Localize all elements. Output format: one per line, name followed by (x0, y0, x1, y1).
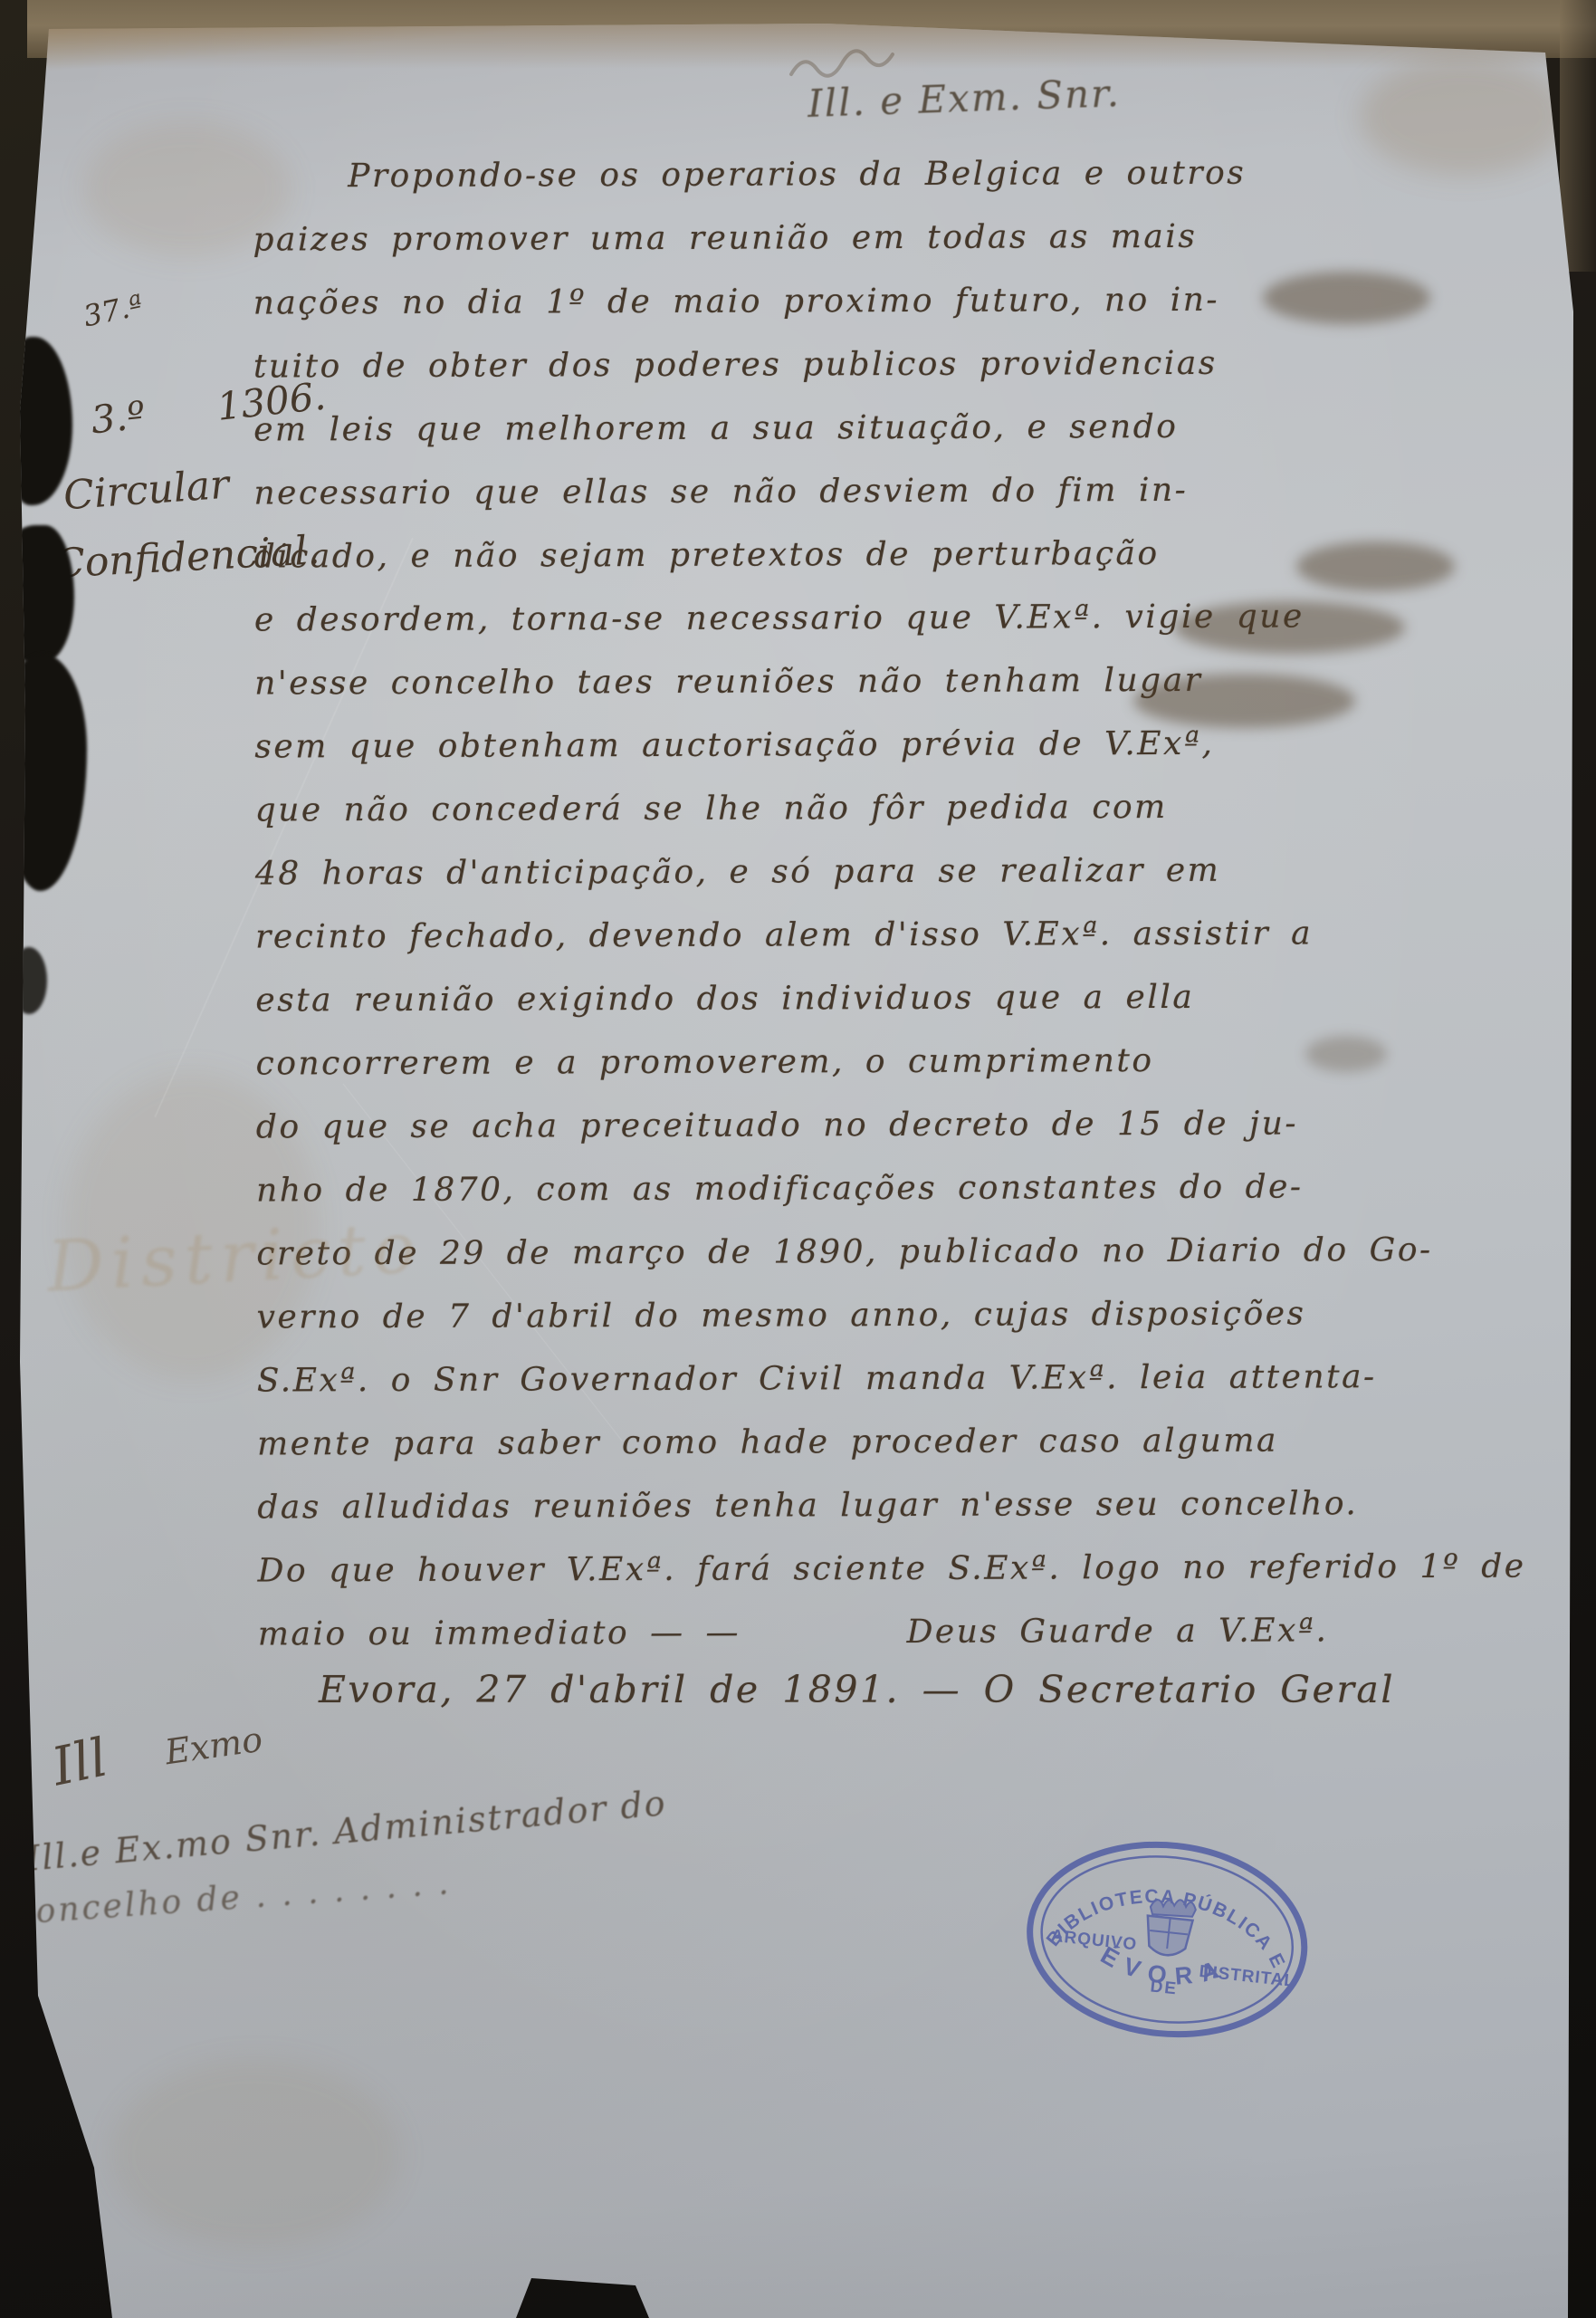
archive-stamp: BIBLIOTECA PÚBLICA E ARQUIVO DISTRITAL D… (1007, 1817, 1326, 2064)
manuscript-line: sem que obtenham auctorisação prévia de … (254, 712, 1549, 780)
manuscript-line: Propondo-se os operarios da Belgica e ou… (253, 141, 1547, 209)
manuscript-line: nho de 1870, com as modificações constan… (256, 1155, 1551, 1223)
address-flourish-ill: Ill (47, 1727, 113, 1798)
manuscript-line: do que se acha preceituado no decreto de… (256, 1092, 1551, 1160)
manuscript-line: n'esse concelho taes reuniões não tenham… (254, 648, 1549, 716)
address-flourish-exmo: Exmo (162, 1719, 264, 1773)
manuscript-line: esta reunião exigindo dos individuos que… (255, 965, 1550, 1033)
ink-smudge (1296, 541, 1455, 591)
address-concelho-line: concelho de . . . . . . . . (14, 1864, 452, 1932)
manuscript-line: que não concederá se lhe não fôr pedida … (255, 775, 1550, 843)
ink-smudge (1174, 601, 1405, 654)
manuscript-line: das alludidas reuniões tenha lugar n'ess… (257, 1472, 1552, 1540)
scan-stage: Ill. e Exm. Snr. 37.ª 3.º 1306. Circular… (0, 0, 1596, 2318)
underlying-page-edge-right (1560, 0, 1596, 272)
paper-stain (110, 2059, 400, 2249)
manuscript-line: necessario que ellas se não desviem do f… (253, 458, 1548, 526)
torn-edge-hole (2, 654, 87, 891)
manuscript-line: mente para saber como hade proceder caso… (257, 1409, 1552, 1477)
stamp-crest-icon (1144, 1897, 1197, 1958)
manuscript-line: S.Exª. o Snr Governador Civil manda V.Ex… (257, 1346, 1552, 1413)
manuscript-line: tuito de obter dos poderes publicos prov… (253, 331, 1548, 399)
margin-label-circular: Circular (62, 462, 230, 520)
torn-edge-hole (11, 947, 47, 1014)
manuscript-line: 48 horas d'anticipação, e só para se rea… (255, 838, 1550, 906)
manuscript-line: paizes promover uma reunião em todas as … (253, 205, 1547, 273)
torn-edge-hole (0, 525, 74, 663)
ink-smudge (1305, 1036, 1387, 1072)
manuscript-line: recinto fechado, devendo alem d'isso V.E… (255, 902, 1550, 970)
manuscript-line: creto de 29 de março de 1890, publicado … (256, 1219, 1551, 1287)
address-administrator-line: Ill.e Ex.mo Snr. Administrador do (24, 1783, 668, 1879)
manuscript-line: verno de 7 d'abril do mesmo anno, cujas … (256, 1282, 1551, 1350)
ink-smudge (1263, 272, 1430, 324)
manuscript-line: em leis que melhorem a sua situação, e s… (253, 395, 1548, 463)
margin-series-number: 37.ª (81, 288, 147, 334)
dateline-signature: Evora, 27 d'abril de 1891. — O Secretari… (319, 1668, 1395, 1711)
manuscript-line: Do que houver V.Exª. fará sciente S.Exª.… (257, 1535, 1552, 1603)
manuscript-line: maio ou immediato — — Deus Guarde a V.Ex… (258, 1598, 1553, 1666)
ink-smudge (1133, 674, 1355, 728)
manuscript-page: Ill. e Exm. Snr. 37.ª 3.º 1306. Circular… (11, 22, 1581, 2318)
manuscript-body: Propondo-se os operarios da Belgica e ou… (253, 141, 1553, 1667)
